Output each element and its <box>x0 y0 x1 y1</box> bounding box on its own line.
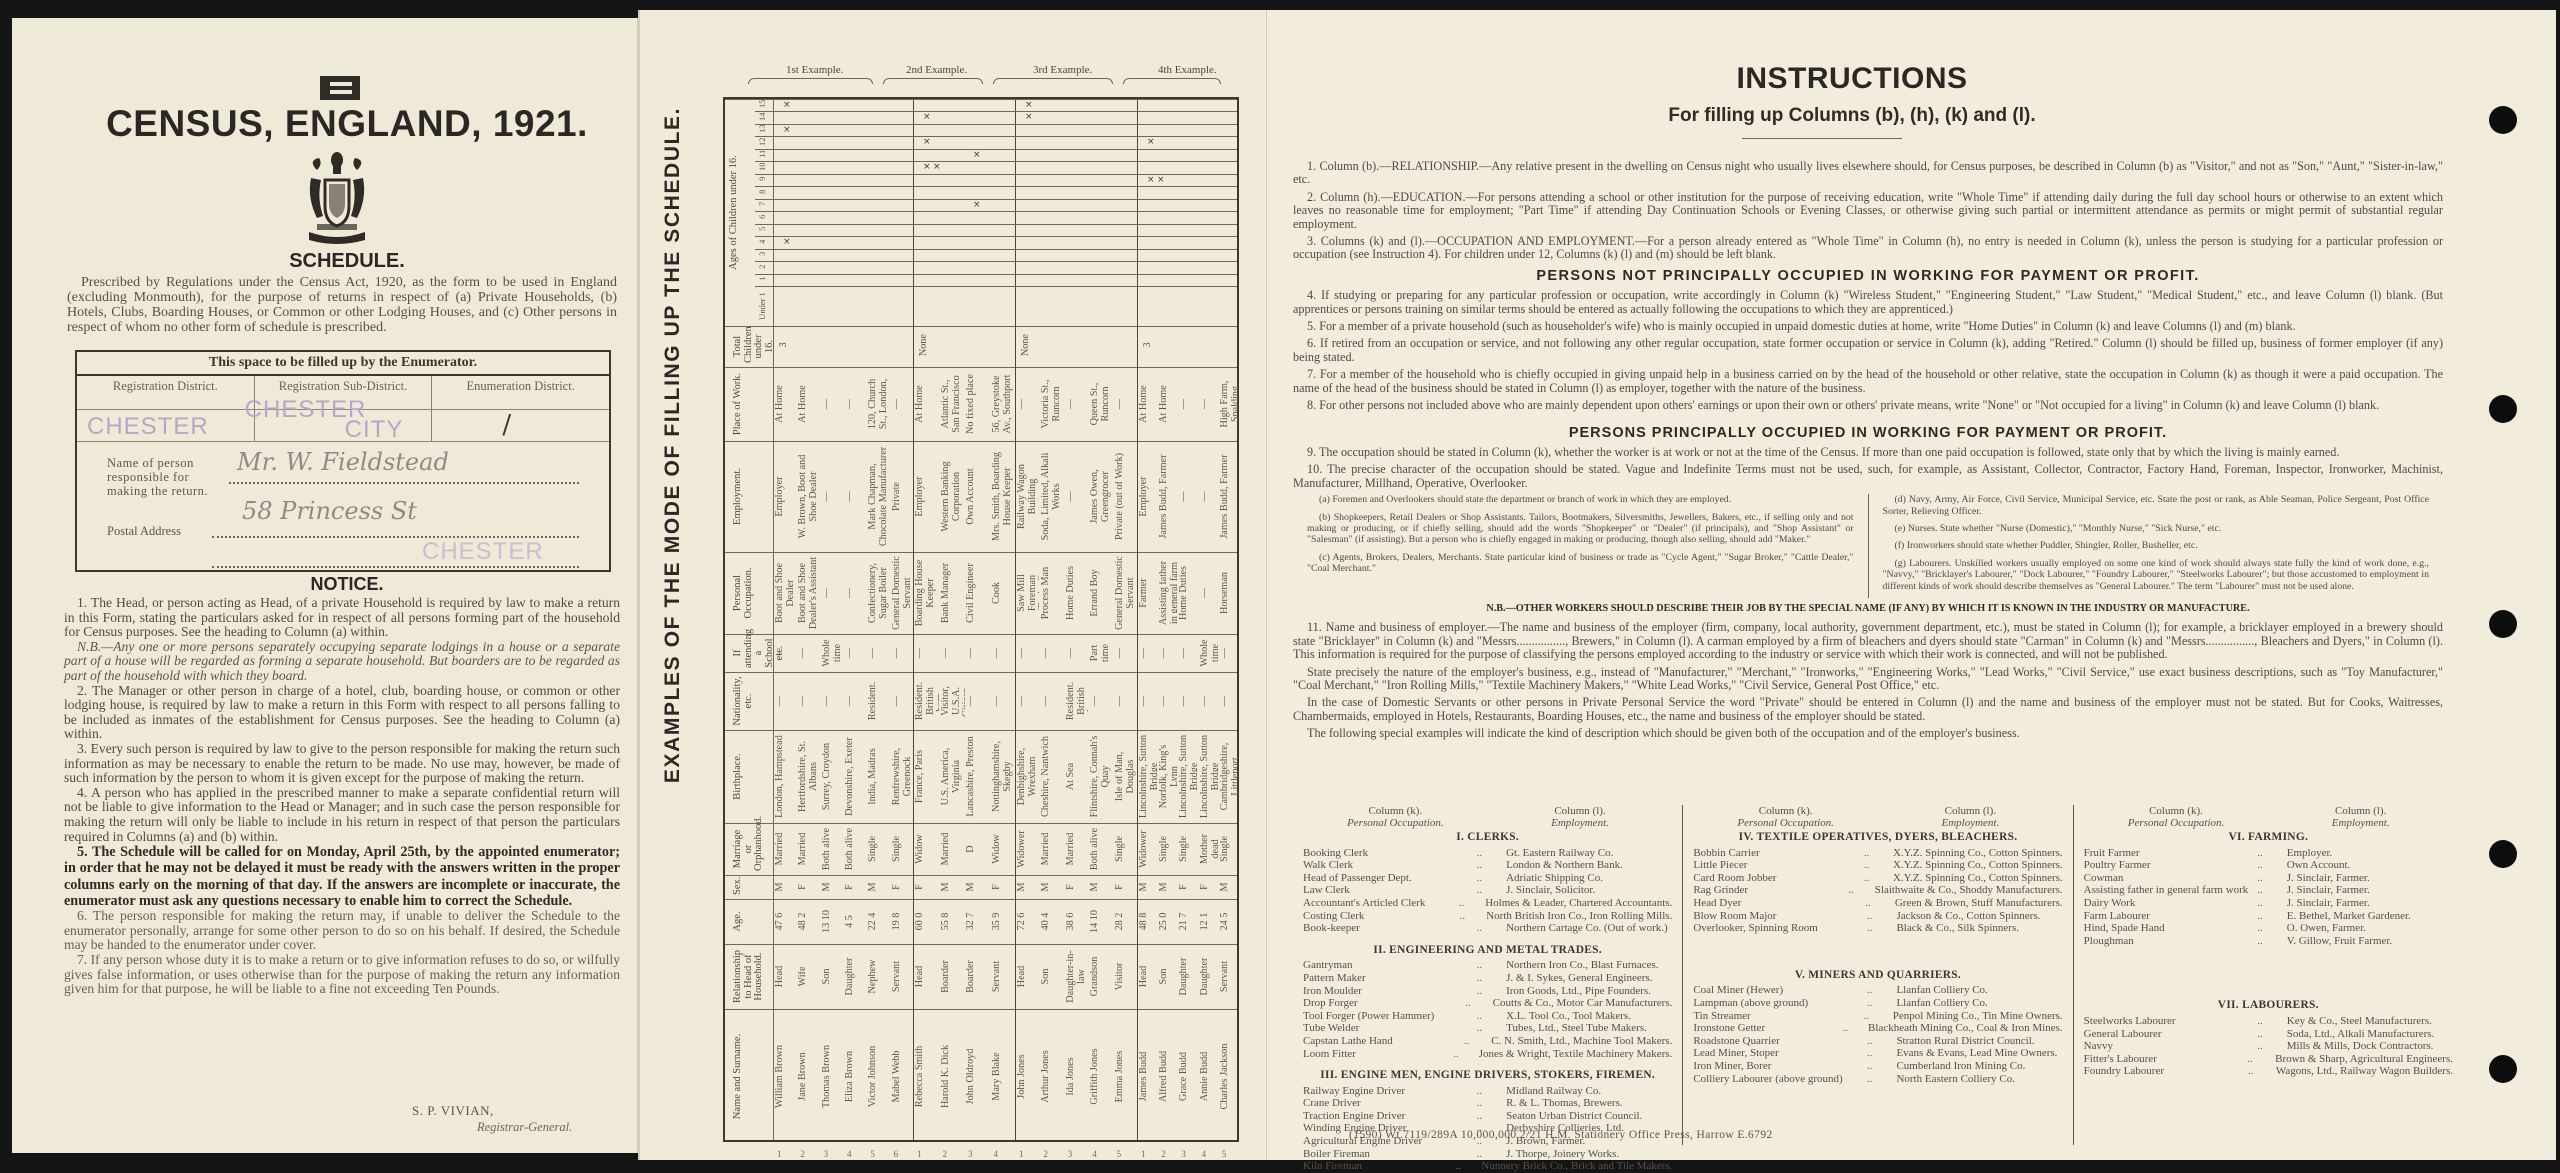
subclauses-left: (a) Foremen and Overlookers should state… <box>1293 494 1869 598</box>
example-cell-age: 22 4 <box>868 903 889 940</box>
leader-dots: .. <box>1477 1110 1507 1123</box>
instruction-1: 1. Column (b).—RELATIONSHIP.—Any relativ… <box>1293 160 2443 187</box>
age-column-label: 11 <box>757 149 768 159</box>
employment: Stratton Rural District Council. <box>1896 1035 2062 1048</box>
employment: Slaithwaite & Co., Shoddy Manufacturers. <box>1875 884 2063 897</box>
occupation-example-row: Fruit Farmer..Employer. <box>2084 847 2453 860</box>
leader-dots: .. <box>1477 972 1507 985</box>
occupation-example-row: Hind, Spade Hand..O. Owen, Farmer. <box>2084 922 2453 935</box>
occupation-example-row: Navvy..Mills & Mills, Dock Contractors. <box>2084 1040 2453 1053</box>
example-cell-occupation: Saw Mill Foreman (Retired) <box>1017 556 1039 630</box>
example-cell-birthplace: Lincolnshire, Sutton Bridge <box>1200 734 1218 819</box>
occupation-example-row: Boiler Fireman..J. Thorpe, Joinery Works… <box>1303 1148 1672 1161</box>
child-age-mark: × <box>1025 100 1033 110</box>
example-cell-employment: Employer <box>775 445 796 548</box>
instruction-8: 8. For other persons not included above … <box>1293 399 2443 412</box>
occupation-example-row: Steelworks Labourer..Key & Co., Steel Ma… <box>2084 1015 2453 1028</box>
example-cell-birthplace: Norfolk, King's Lynn <box>1159 734 1177 819</box>
band-divider <box>725 367 1237 368</box>
occupation: Poultry Farmer <box>2084 859 2258 872</box>
example-cell-nationality: — <box>822 676 843 726</box>
occupation: Lead Miner, Stoper <box>1693 1047 1867 1060</box>
leader-dots: .. <box>1477 847 1507 860</box>
example-cell-occupation: Cook <box>992 556 1016 630</box>
leader-dots: .. <box>1867 922 1897 935</box>
example-cell-rel: Servant <box>892 948 913 1005</box>
punch-hole-icon <box>2489 610 2517 638</box>
row-number: 4 <box>1092 1149 1097 1159</box>
age-row-divider <box>755 249 1237 250</box>
example-cell-employment: — <box>1200 445 1218 548</box>
responsible-person-label: Name of person responsible for making th… <box>107 456 227 498</box>
employment: X.Y.Z. Spinning Co., Cotton Spinners. <box>1893 872 2063 885</box>
example-cell-age: 60 0 <box>915 903 939 940</box>
occupation: Railway Engine Driver <box>1303 1085 1477 1098</box>
column-l-label: Column (l). <box>1878 805 2063 817</box>
example-cell-age: 48 8 <box>1139 903 1157 940</box>
column-k-label: Column (k). <box>2084 805 2269 817</box>
occupation: Ploughman <box>2084 935 2258 948</box>
example-cell-place: High Farm, Spalding <box>1220 371 1238 437</box>
example-cell-nationality: — <box>1200 676 1218 726</box>
leader-dots: .. <box>2248 1065 2276 1078</box>
employment: Employer. <box>2287 847 2453 860</box>
occupation-example-row: Tin Streamer..Penpol Mining Co., Tin Min… <box>1693 1010 2062 1023</box>
example-cell-employment: Mark Chapman, Chocolate Manufacturer <box>868 445 889 548</box>
age-row-divider <box>755 211 1237 212</box>
census-title: CENSUS, ENGLAND, 1921. <box>67 103 627 145</box>
leader-dots: .. <box>1864 847 1893 860</box>
example-cell-marriage: Married <box>1066 827 1088 871</box>
enumerator-values-row: CHESTER CHESTER CITY / <box>77 410 609 442</box>
example-cell-nationality: — <box>892 676 913 726</box>
band-divider <box>725 441 1237 442</box>
example-cell-birthplace: France, Paris <box>915 734 939 819</box>
subclause-f: (f) Ironworkers should state whether Pud… <box>1883 540 2430 551</box>
example-cell-birthplace: Lancashire, Preston <box>966 734 990 819</box>
occupation: Colliery Labourer (above ground) <box>1693 1073 1867 1086</box>
column-k-label: Column (k). <box>1303 805 1488 817</box>
column-header-name: Name and Surname. <box>733 1013 744 1140</box>
brace-2 <box>883 78 983 84</box>
occupation-example-row: Kiln Fireman..Nunnery Brick Co., Brick a… <box>1303 1160 1672 1173</box>
example-cell-nationality: — <box>1179 676 1197 726</box>
occupation-example-row: Lead Miner, Stoper..Evans & Evans, Lead … <box>1693 1047 2062 1060</box>
enumerator-box-heading: This space to be filled up by the Enumer… <box>77 352 609 376</box>
example-group-heading: III. ENGINE MEN, ENGINE DRIVERS, STOKERS… <box>1303 1069 1672 1082</box>
example-cell-marriage: Both alive <box>845 827 866 871</box>
employment: Key & Co., Steel Manufacturers. <box>2287 1015 2453 1028</box>
occupation-example-row: Pattern Maker..J. & I. Sykes, General En… <box>1303 972 1672 985</box>
example-cell-school: — <box>1115 638 1137 668</box>
example-cell-name: Charles Jackson <box>1220 1013 1238 1140</box>
child-age-mark: × <box>923 112 931 122</box>
employment: Soda, Ltd., Alkali Manufacturers. <box>2287 1028 2453 1041</box>
row-number: 5 <box>870 1149 875 1159</box>
occupation-example-row: Walk Clerk..London & Northern Bank. <box>1303 859 1672 872</box>
leader-dots: .. <box>1848 884 1874 897</box>
age-row-divider <box>755 261 1237 262</box>
occupation-example-row: Tube Welder..Tubes, Ltd., Steel Tube Mak… <box>1303 1022 1672 1035</box>
leader-dots: .. <box>1867 1047 1897 1060</box>
leader-dots: .. <box>1867 1073 1897 1086</box>
example-cell-sex: M <box>1090 879 1112 895</box>
example-cell-occupation: — <box>1200 556 1218 630</box>
employment: Midland Railway Co. <box>1506 1085 1672 1098</box>
age-column-label: 1 <box>757 274 768 284</box>
example-cell-name: Emma Jones <box>1115 1013 1137 1140</box>
occupation: Tool Forger (Power Hammer) <box>1303 1010 1477 1023</box>
notice-heading: NOTICE. <box>67 574 627 595</box>
leader-dots: .. <box>1477 1022 1507 1035</box>
responsible-dotted-line <box>229 482 579 484</box>
example-cell-birthplace: At Sea <box>1066 734 1088 819</box>
leader-dots: .. <box>2257 910 2287 923</box>
example-cell-rel: Nephew <box>868 948 889 1005</box>
employment: Wagons, Ltd., Railway Wagon Builders. <box>2276 1065 2453 1078</box>
example-cell-sex: F <box>1066 879 1088 895</box>
occupation: General Labourer <box>2084 1028 2258 1041</box>
age-column-label: 2 <box>757 261 768 271</box>
notice-list: 1. The Head, or person acting as Head, o… <box>64 596 620 997</box>
age-column-label: 9 <box>757 174 768 184</box>
example-cell-place: Atlantic St., San Francisco <box>941 371 965 437</box>
example-cell-place: — <box>845 371 866 437</box>
leader-dots: .. <box>2257 897 2287 910</box>
example-cell-name: Rebecca Smith <box>915 1013 939 1140</box>
registration-district-field[interactable]: CHESTER <box>77 410 255 441</box>
example-cell-name: Eliza Brown <box>845 1013 866 1140</box>
notice-item: 2. The Manager or other person in charge… <box>64 684 620 742</box>
example-cell-name: James Budd <box>1139 1013 1157 1140</box>
employment: Gt. Eastern Railway Co. <box>1506 847 1672 860</box>
employment: Blackheath Mining Co., Coal & Iron Mines… <box>1868 1022 2063 1035</box>
occupation-example-row: Farm Labourer..E. Bethel, Market Gardene… <box>2084 910 2453 923</box>
leader-dots: .. <box>1477 859 1507 872</box>
row-number: 3 <box>824 1149 829 1159</box>
example-cell-age: 13 10 <box>822 903 843 940</box>
example-cell-school: — <box>992 638 1016 668</box>
occupation-example-row: Traction Engine Driver..Seaton Urban Dis… <box>1303 1110 1672 1123</box>
example-cell-sex: F <box>845 879 866 895</box>
occupation: Rag Grinder <box>1693 884 1848 897</box>
example-cell-rel: Servant <box>992 948 1016 1005</box>
occupation: Foundry Labourer <box>2084 1065 2248 1078</box>
examples-title: EXAMPLES OF THE MODE OF FILLING UP THE S… <box>661 0 701 1020</box>
occupation-example-row: Rag Grinder..Slaithwaite & Co., Shoddy M… <box>1693 884 2062 897</box>
example-cell-occupation: Boot and Shoe Dealer's Assistant <box>798 556 819 630</box>
example-cell-age: 24 5 <box>1220 903 1238 940</box>
example-cell-name: Jane Brown <box>798 1013 819 1140</box>
occupation: Walk Clerk <box>1303 859 1477 872</box>
subclause-d: (d) Navy, Army, Air Force, Civil Service… <box>1883 494 2430 517</box>
band-divider <box>725 730 1237 731</box>
example-cell-school: Whole time <box>822 638 843 668</box>
age-row-divider <box>755 174 1237 175</box>
leader-dots: .. <box>1477 884 1507 897</box>
example-cell-place: — <box>1066 371 1088 437</box>
employment: Llanfan Colliery Co. <box>1896 984 2062 997</box>
occupation-example-row: Iron Moulder..Iron Goods, Ltd., Pipe Fou… <box>1303 985 1672 998</box>
example-cell-sex: M <box>775 879 796 895</box>
example-cell-employment: James Budd, Farmer <box>1220 445 1238 548</box>
age-row-divider <box>755 274 1237 275</box>
occupation: Capstan Lathe Hand <box>1303 1035 1464 1048</box>
example-cell-nationality: Resident. British born. <box>1066 676 1088 726</box>
enumeration-district-value: / <box>502 410 511 440</box>
example-cell-marriage: D <box>966 827 990 871</box>
occupation: Ironstone Getter <box>1693 1022 1842 1035</box>
example-cell-occupation: Assisting father in general farm work <box>1159 556 1177 630</box>
postal-address-value[interactable]: 58 Princess St <box>242 497 417 525</box>
subclauses-right: (d) Navy, Army, Air Force, Civil Service… <box>1869 494 2444 598</box>
column-l-label: Column (l). <box>2268 805 2453 817</box>
occupation-example-row: Head Dyer..Green & Brown, Stuff Manufact… <box>1693 897 2062 910</box>
child-age-mark: × <box>783 237 791 247</box>
age-column-label: 13 <box>757 124 768 134</box>
employment: Penpol Mining Co., Tin Mine Owners. <box>1893 1010 2063 1023</box>
instruction-11-examples-intro: The following special examples will indi… <box>1293 727 2443 740</box>
example-cell-rel: Visitor <box>1115 948 1137 1005</box>
example-cell-name: John Jones <box>1017 1013 1039 1140</box>
responsible-person-value[interactable]: Mr. W. Fieldstead <box>237 448 449 476</box>
example-cell-school: — <box>915 638 939 668</box>
employment: Iron Goods, Ltd., Pipe Founders. <box>1506 985 1672 998</box>
band-divider <box>725 1009 1237 1010</box>
example-cell-sex: M <box>1017 879 1039 895</box>
instructions-title: INSTRUCTIONS <box>1267 62 2557 96</box>
example-cell-age: 19 8 <box>892 903 913 940</box>
example-cell-nationality: Resident. British born. <box>915 676 939 726</box>
example-cell-occupation: Civil Engineer <box>966 556 990 630</box>
example-label-1: 1st Example. <box>786 64 843 76</box>
example-cell-age: 4 5 <box>845 903 866 940</box>
example-cell-birthplace: Cambridgeshire, Littleport <box>1220 734 1238 819</box>
example-cell-marriage: Married <box>941 827 965 871</box>
occupation: Head Dyer <box>1693 897 1865 910</box>
column-k-label: Column (k). <box>1693 805 1878 817</box>
employment: E. Bethel, Market Gardener. <box>2287 910 2453 923</box>
example-cell-occupation: Horseman <box>1220 556 1238 630</box>
postal-dotted-line-2 <box>212 566 579 568</box>
notice-item: 6. The person responsible for making the… <box>64 909 620 953</box>
employment: Evans & Evans, Lead Mine Owners. <box>1896 1047 2062 1060</box>
example-cell-name: Harold K. Dick <box>941 1013 965 1140</box>
title-rule <box>1742 138 1902 139</box>
leader-dots: .. <box>1477 1097 1507 1110</box>
occupation-example-row: Cowman..J. Sinclair, Farmer. <box>2084 872 2453 885</box>
occupation: Hind, Spade Hand <box>2084 922 2258 935</box>
occupation-example-row: Card Room Jobber..X.Y.Z. Spinning Co., C… <box>1693 872 2062 885</box>
example-cell-sex: F <box>992 879 1016 895</box>
example-cell-rel: Daughter <box>845 948 866 1005</box>
example-cell-nationality: Resident. <box>868 676 889 726</box>
sub-district-stamp-line2: CITY <box>345 416 404 444</box>
employment: Northern Iron Co., Blast Furnaces. <box>1506 959 1672 972</box>
example-cell-rel: Head <box>775 948 796 1005</box>
column-header-birthplace: Birthplace. <box>733 734 744 819</box>
example-label-2: 2nd Example. <box>906 64 967 76</box>
example-cell-place: 56, Greystoke Av., Southport <box>992 371 1016 437</box>
occupation: Farm Labourer <box>2084 910 2258 923</box>
occupation-example-row: Overlooker, Spinning Room..Black & Co., … <box>1693 922 2062 935</box>
column-l-heading: Column (l).Employment. <box>1488 805 1673 829</box>
example-cell-name: Grace Budd <box>1179 1013 1197 1140</box>
leader-dots: .. <box>1864 1010 1893 1023</box>
example-cell-occupation: Farmer <box>1139 556 1157 630</box>
enumeration-district-field[interactable]: / <box>432 410 609 441</box>
example-cell-age: 35 9 <box>992 903 1016 940</box>
example-cell-place: Queen St., Runcorn <box>1090 371 1112 437</box>
subclause-b: (b) Shopkeepers, Retail Dealers or Shop … <box>1307 512 1854 546</box>
row-number: 3 <box>968 1149 973 1159</box>
occupation: Pattern Maker <box>1303 972 1477 985</box>
occupation-example-row: Costing Clerk..North British Iron Co., I… <box>1303 910 1672 923</box>
age-row-divider <box>755 161 1237 162</box>
age-column-label: 14 <box>757 111 768 121</box>
leader-dots: .. <box>1477 1148 1507 1161</box>
example-cell-marriage: Widow <box>992 827 1016 871</box>
occupation-example-row: Iron Miner, Borer..Cumberland Iron Minin… <box>1693 1060 2062 1073</box>
column-header-employment: Employment. <box>733 445 744 548</box>
occupation-example-row: Law Clerk..J. Sinclair, Solicitor. <box>1303 884 1672 897</box>
employment: Holmes & Leader, Chartered Accountants. <box>1485 897 1672 910</box>
example-cell-nationality: — <box>1159 676 1177 726</box>
example-cell-birthplace: Cheshire, Nantwich <box>1041 734 1063 819</box>
example-cell-place: Victoria St., Runcorn <box>1041 371 1063 437</box>
employment: North Eastern Colliery Co. <box>1896 1073 2062 1086</box>
enumeration-district-label: Enumeration District. <box>432 376 609 409</box>
instruction-7: 7. For a member of the household who is … <box>1293 368 2443 395</box>
occupation-example-row: Bobbin Carrier..X.Y.Z. Spinning Co., Cot… <box>1693 847 2062 860</box>
registration-sub-district-field[interactable]: CHESTER CITY <box>255 410 433 441</box>
age-column-label: 12 <box>757 136 768 146</box>
notice-item: 4. A person who has applied in the presc… <box>64 786 620 844</box>
leader-dots: .. <box>2257 1028 2287 1041</box>
example-cell-nationality: — <box>798 676 819 726</box>
column-k-l-headings: Column (k).Personal Occupation.Column (l… <box>2084 805 2453 829</box>
instruction-4: 4. If studying or preparing for any part… <box>1293 289 2443 316</box>
example-cell-name: Mabel Webb <box>892 1013 913 1140</box>
example-cell-name: William Brown <box>775 1013 796 1140</box>
employment: Jackson & Co., Cotton Spinners. <box>1896 910 2062 923</box>
example-cell-marriage: Widower <box>1139 827 1157 871</box>
example-cell-occupation: Bank Manager <box>941 556 965 630</box>
example-cell-marriage: Single <box>1115 827 1137 871</box>
example-cell-birthplace: Devonshire, Exeter <box>845 734 866 819</box>
leader-dots: .. <box>1867 984 1897 997</box>
example-cell-school: — <box>941 638 965 668</box>
example-cell-age: 38 6 <box>1066 903 1088 940</box>
employment: Own Account. <box>2287 859 2453 872</box>
example-cell-school: — <box>1139 638 1157 668</box>
example-cell-name: Annie Budd <box>1200 1013 1218 1140</box>
example-cell-marriage: Widow <box>915 827 939 871</box>
example-cell-rel: Daughter <box>1200 948 1218 1005</box>
leader-dots: .. <box>1843 1022 1868 1035</box>
example-cell-occupation: Boot and Shoe Dealer <box>775 556 796 630</box>
leader-dots: .. <box>2257 872 2287 885</box>
age-column-label: 5 <box>757 224 768 234</box>
example-cell-age: 25 0 <box>1159 903 1177 940</box>
child-age-mark: × <box>923 137 931 147</box>
leader-dots: .. <box>2257 1040 2287 1053</box>
example-cell-birthplace: Surrey, Croydon <box>822 734 843 819</box>
example-cell-age: 47 6 <box>775 903 796 940</box>
leader-dots: .. <box>1465 997 1493 1010</box>
example-label-4: 4th Example. <box>1158 64 1217 76</box>
column-k-sub: Personal Occupation. <box>1737 817 1834 829</box>
employment: V. Gillow, Fruit Farmer. <box>2287 935 2453 948</box>
column-header-ages: Ages of Children under 16. <box>729 103 740 322</box>
example-cell-employment: — <box>1179 445 1197 548</box>
fold-line <box>638 10 640 1160</box>
example-cell-place: — <box>822 371 843 437</box>
example-cell-rel: Daughter-in-law <box>1066 948 1088 1005</box>
occupation: Accountant's Articled Clerk <box>1303 897 1459 910</box>
age-column-label: 15 <box>757 99 768 109</box>
example-cell-school: — <box>798 638 819 668</box>
leader-dots: .. <box>2257 935 2287 948</box>
age-column-label: 8 <box>757 186 768 196</box>
example-cell-age: 28 2 <box>1115 903 1137 940</box>
band-divider <box>725 899 1237 900</box>
row-number: 4 <box>847 1149 852 1159</box>
occupation-example-row: Roadstone Quarrier..Stratton Rural Distr… <box>1693 1035 2062 1048</box>
notice-item: 7. If any person whose duty it is to mak… <box>64 953 620 997</box>
employment: Black & Co., Silk Spinners. <box>1896 922 2062 935</box>
examples-column-3: Column (k).Personal Occupation.Column (l… <box>2074 805 2463 1145</box>
example-cell-rel: Daughter <box>1179 948 1197 1005</box>
occupation-example-row: Lampman (above ground)..Llanfan Colliery… <box>1693 997 2062 1010</box>
example-cell-place: At Home <box>775 371 796 437</box>
example-cell-place: — <box>1200 371 1218 437</box>
example-cell-school: — <box>1179 638 1197 668</box>
example-cell-nationality: — <box>845 676 866 726</box>
example-cell-place: At Home <box>1139 371 1157 437</box>
row-number: 3 <box>1068 1149 1073 1159</box>
example-cell-place: 120, Church St., London, W.9 <box>868 371 889 437</box>
example-cell-occupation: Errand Boy <box>1090 556 1112 630</box>
example-cell-marriage: Married <box>1041 827 1063 871</box>
example-cell-place: No fixed place <box>966 371 990 437</box>
example-cell-school: — <box>868 638 889 668</box>
punch-hole-icon <box>2489 106 2517 134</box>
employment: J. Sinclair, Farmer. <box>2287 884 2453 897</box>
example-cell-age: 40 4 <box>1041 903 1063 940</box>
signature-title: Registrar-General. <box>477 1120 572 1135</box>
employment: North British Iron Co., Iron Rolling Mil… <box>1486 910 1672 923</box>
example-cell-employment: Mrs. Smith, Boarding House Keeper <box>992 445 1016 548</box>
example-cell-employment: Western Banking Corporation <box>941 445 965 548</box>
example-cell-sex: M <box>822 879 843 895</box>
example-cell-employment: Railway Wagon Building <box>1017 445 1039 548</box>
employment: X.L. Tool Co., Tool Makers. <box>1506 1010 1672 1023</box>
example-cell-marriage: Single <box>868 827 889 871</box>
occupation-example-row: Dairy Work..J. Sinclair, Farmer. <box>2084 897 2453 910</box>
employment: Llanfan Colliery Co. <box>1896 997 2062 1010</box>
example-cell-name: John Oldroyd <box>966 1013 990 1140</box>
punch-hole-icon <box>2489 1055 2517 1083</box>
example-cell-employment: — <box>845 445 866 548</box>
example-cell-employment: Soda, Limited, Alkali Works <box>1041 445 1063 548</box>
example-cell-sex: M <box>868 879 889 895</box>
example-cell-birthplace: Renfrewshire, Greenock <box>892 734 913 819</box>
responsible-section: Name of person responsible for making th… <box>77 442 609 572</box>
band-divider <box>725 875 1237 876</box>
example-cell-rel: Head <box>1017 948 1039 1005</box>
leader-dots: .. <box>1464 1035 1491 1048</box>
